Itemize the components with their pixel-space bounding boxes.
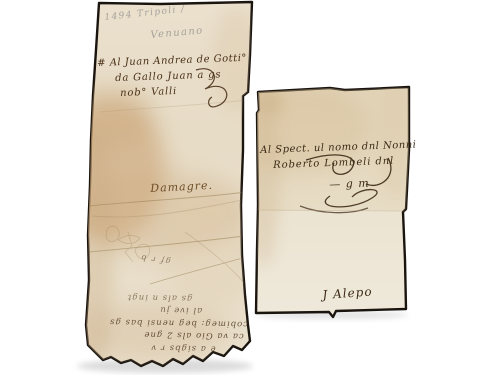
catalog-photo: 1494 Tripoli / Venuano # Al Juan Andrea … xyxy=(0,0,500,375)
left-address-line-3: nob° Valli xyxy=(120,86,177,99)
right-address-line-3: — g m xyxy=(329,177,370,191)
left-reverse-scrawl-block: e a sigbs r v ca va Gio als 2 gne cobime… xyxy=(81,290,250,355)
